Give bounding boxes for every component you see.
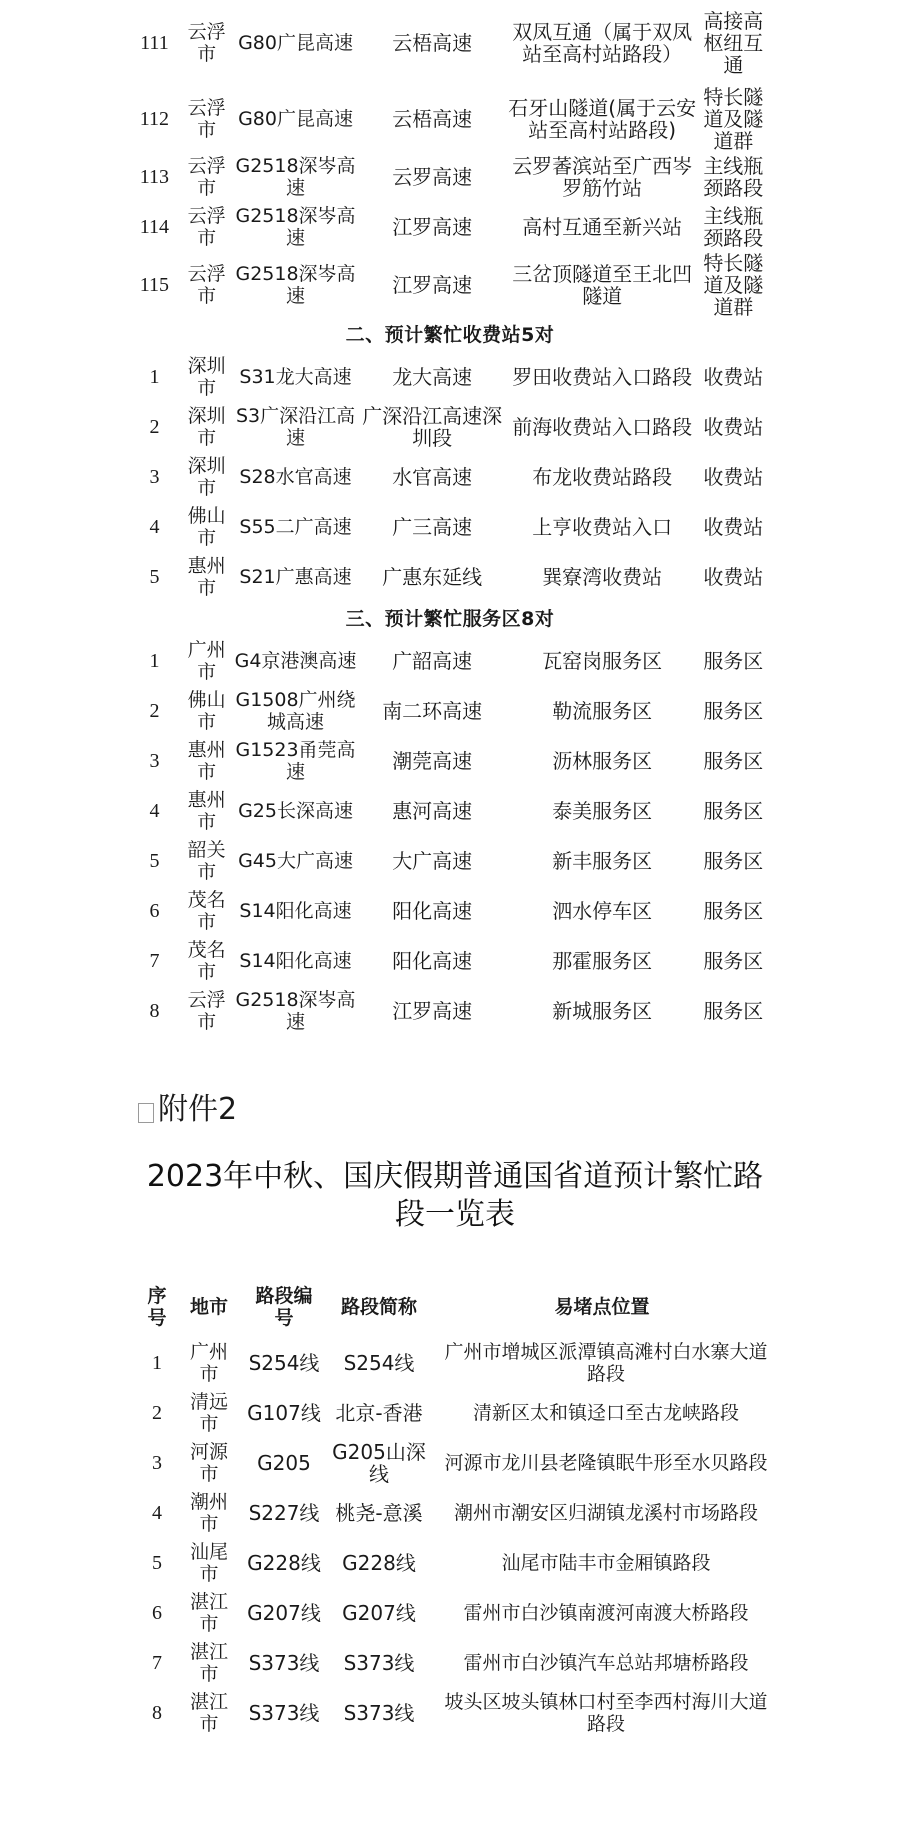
location-cell: 双凤互通（属于双凤站至高村站路段）	[508, 0, 697, 86]
road-name-cell: G205山深线	[324, 1438, 434, 1488]
city-cell: 惠州市	[179, 786, 235, 836]
table-row: 7 茂名市 S14阳化高速 阳化高速 那霍服务区 服务区	[130, 936, 770, 986]
road-name-cell: G207线	[324, 1588, 434, 1638]
road-name-cell: 潮莞高速	[357, 736, 508, 786]
location-cell: 高村互通至新兴站	[508, 202, 697, 252]
row-number: 5	[130, 552, 179, 602]
row-number: 8	[140, 1688, 174, 1738]
type-cell: 收费站	[697, 452, 770, 502]
location-cell: 前海收费站入口路段	[508, 402, 697, 452]
road-code-cell: G45大广高速	[234, 836, 356, 886]
row-number: 4	[140, 1488, 174, 1538]
road-code-cell: G25长深高速	[234, 786, 356, 836]
type-cell: 服务区	[697, 736, 770, 786]
road-name-cell: 广韶高速	[357, 636, 508, 686]
road-name-cell: 江罗高速	[357, 252, 508, 318]
road-name-cell: S373线	[324, 1688, 434, 1738]
location-cell: 坡头区坡头镇林口村至李西村海川大道路段	[434, 1688, 770, 1738]
road-name-cell: 云罗高速	[357, 152, 508, 202]
road-name-cell: 桃尧-意溪	[324, 1488, 434, 1538]
section-title: 三、预计繁忙服务区8对	[130, 602, 770, 636]
type-cell: 高接高枢纽互通	[697, 0, 770, 86]
table-header-row: 序号 地市 路段编号 路段简称 易堵点位置	[140, 1276, 770, 1338]
type-cell: 特长隧道及隧道群	[697, 252, 770, 318]
road-name-cell: 南二环高速	[357, 686, 508, 736]
location-cell: 潮州市潮安区归湖镇龙溪村市场路段	[434, 1488, 770, 1538]
road-name-cell: 云梧高速	[357, 0, 508, 86]
table-row: 8 云浮市 G2518深岑高速 江罗高速 新城服务区 服务区	[130, 986, 770, 1036]
city-cell: 佛山市	[179, 686, 235, 736]
table-row: 5 韶关市 G45大广高速 大广高速 新丰服务区 服务区	[130, 836, 770, 886]
table-row: 113 云浮市 G2518深岑高速 云罗高速 云罗萫滨站至广西岑罗筋竹站 主线瓶…	[130, 152, 770, 202]
city-cell: 深圳市	[179, 352, 235, 402]
road-name-cell: 阳化高速	[357, 936, 508, 986]
road-code-cell: S373线	[244, 1688, 324, 1738]
table-row: 5 汕尾市 G228线 G228线 汕尾市陆丰市金厢镇路段	[140, 1538, 770, 1588]
city-cell: 清远市	[174, 1388, 244, 1438]
row-number: 1	[130, 636, 179, 686]
road-name-cell: 江罗高速	[357, 986, 508, 1036]
road-name-cell: 江罗高速	[357, 202, 508, 252]
table-row: 4 惠州市 G25长深高速 惠河高速 泰美服务区 服务区	[130, 786, 770, 836]
road-code-cell: S55二广高速	[234, 502, 356, 552]
location-cell: 雷州市白沙镇汽车总站邦塘桥路段	[434, 1638, 770, 1688]
busy-sections-table: 111 云浮市 G80广昆高速 云梧高速 双凤互通（属于双凤站至高村站路段） 高…	[130, 0, 770, 1036]
road-name-cell: 大广高速	[357, 836, 508, 886]
road-code-cell: S28水官高速	[234, 452, 356, 502]
location-cell: 泗水停车区	[508, 886, 697, 936]
road-code-cell: G2518深岑高速	[234, 202, 356, 252]
road-code-cell: S14阳化高速	[234, 936, 356, 986]
city-cell: 湛江市	[174, 1638, 244, 1688]
road-name-cell: 广深沿江高速深圳段	[357, 402, 508, 452]
city-cell: 佛山市	[179, 502, 235, 552]
location-cell: 巽寮湾收费站	[508, 552, 697, 602]
location-cell: 清新区太和镇迳口至古龙峡路段	[434, 1388, 770, 1438]
row-number: 2	[140, 1388, 174, 1438]
road-name-cell: S373线	[324, 1638, 434, 1688]
location-cell: 新丰服务区	[508, 836, 697, 886]
row-number: 114	[130, 202, 179, 252]
table-row: 3 惠州市 G1523甬莞高速 潮莞高速 沥林服务区 服务区	[130, 736, 770, 786]
section-heading-toll-stations: 二、预计繁忙收费站5对	[130, 318, 770, 352]
row-number: 2	[130, 686, 179, 736]
road-code-cell: G4京港澳高速	[234, 636, 356, 686]
checkbox-glyph-icon	[138, 1103, 154, 1123]
row-number: 3	[130, 452, 179, 502]
row-number: 4	[130, 786, 179, 836]
road-code-cell: G207线	[244, 1588, 324, 1638]
road-code-cell: S3广深沿江高速	[234, 402, 356, 452]
row-number: 3	[140, 1438, 174, 1488]
city-cell: 广州市	[179, 636, 235, 686]
location-cell: 新城服务区	[508, 986, 697, 1036]
location-cell: 沥林服务区	[508, 736, 697, 786]
road-name-cell: 广惠东延线	[357, 552, 508, 602]
road-code-cell: G1508广州绕城高速	[234, 686, 356, 736]
type-cell: 收费站	[697, 402, 770, 452]
table-row: 2 深圳市 S3广深沿江高速 广深沿江高速深圳段 前海收费站入口路段 收费站	[130, 402, 770, 452]
header-road-code: 路段编号	[244, 1276, 324, 1338]
table-row: 2 清远市 G107线 北京-香港 清新区太和镇迳口至古龙峡路段	[140, 1388, 770, 1438]
road-name-cell: 惠河高速	[357, 786, 508, 836]
road-code-cell: G2518深岑高速	[234, 152, 356, 202]
city-cell: 广州市	[174, 1338, 244, 1388]
city-cell: 云浮市	[179, 986, 235, 1036]
row-number: 115	[130, 252, 179, 318]
city-cell: 云浮市	[179, 152, 235, 202]
location-cell: 布龙收费站路段	[508, 452, 697, 502]
city-cell: 韶关市	[179, 836, 235, 886]
row-number: 1	[130, 352, 179, 402]
road-code-cell: S14阳化高速	[234, 886, 356, 936]
location-cell: 河源市龙川县老隆镇眠牛形至水贝路段	[434, 1438, 770, 1488]
row-number: 3	[130, 736, 179, 786]
location-cell: 三岔顶隧道至王北凹隧道	[508, 252, 697, 318]
road-code-cell: S21广惠高速	[234, 552, 356, 602]
section-heading-service-areas: 三、预计繁忙服务区8对	[130, 602, 770, 636]
location-cell: 罗田收费站入口路段	[508, 352, 697, 402]
road-name-cell: 广三高速	[357, 502, 508, 552]
type-cell: 服务区	[697, 686, 770, 736]
road-code-cell: S254线	[244, 1338, 324, 1388]
location-cell: 上亨收费站入口	[508, 502, 697, 552]
table-row: 1 广州市 G4京港澳高速 广韶高速 瓦窑岗服务区 服务区	[130, 636, 770, 686]
road-code-cell: S31龙大高速	[234, 352, 356, 402]
road-code-cell: G2518深岑高速	[234, 252, 356, 318]
road-code-cell: G2518深岑高速	[234, 986, 356, 1036]
city-cell: 惠州市	[179, 552, 235, 602]
city-cell: 深圳市	[179, 402, 235, 452]
city-cell: 茂名市	[179, 886, 235, 936]
road-code-cell: S227线	[244, 1488, 324, 1538]
location-cell: 瓦窑岗服务区	[508, 636, 697, 686]
table-row: 4 佛山市 S55二广高速 广三高速 上亨收费站入口 收费站	[130, 502, 770, 552]
location-cell: 汕尾市陆丰市金厢镇路段	[434, 1538, 770, 1588]
row-number: 1	[140, 1338, 174, 1388]
type-cell: 特长隧道及隧道群	[697, 86, 770, 152]
location-cell: 勒流服务区	[508, 686, 697, 736]
road-code-cell: G205	[244, 1438, 324, 1488]
city-cell: 惠州市	[179, 736, 235, 786]
type-cell: 主线瓶颈路段	[697, 202, 770, 252]
type-cell: 服务区	[697, 936, 770, 986]
table-row: 3 深圳市 S28水官高速 水官高速 布龙收费站路段 收费站	[130, 452, 770, 502]
header-road-name: 路段简称	[324, 1276, 434, 1338]
type-cell: 服务区	[697, 786, 770, 836]
table-row: 114 云浮市 G2518深岑高速 江罗高速 高村互通至新兴站 主线瓶颈路段	[130, 202, 770, 252]
city-cell: 茂名市	[179, 936, 235, 986]
city-cell: 云浮市	[179, 86, 235, 152]
road-name-cell: 龙大高速	[357, 352, 508, 402]
road-code-cell: G1523甬莞高速	[234, 736, 356, 786]
type-cell: 服务区	[697, 986, 770, 1036]
city-cell: 湛江市	[174, 1688, 244, 1738]
table-row: 5 惠州市 S21广惠高速 广惠东延线 巽寮湾收费站 收费站	[130, 552, 770, 602]
table-row: 2 佛山市 G1508广州绕城高速 南二环高速 勒流服务区 服务区	[130, 686, 770, 736]
table-row: 115 云浮市 G2518深岑高速 江罗高速 三岔顶隧道至王北凹隧道 特长隧道及…	[130, 252, 770, 318]
road-name-cell: G228线	[324, 1538, 434, 1588]
row-number: 8	[130, 986, 179, 1036]
location-cell: 石牙山隧道(属于云安站至高村站路段)	[508, 86, 697, 152]
row-number: 7	[130, 936, 179, 986]
type-cell: 服务区	[697, 886, 770, 936]
road-code-cell: G80广昆高速	[234, 0, 356, 86]
row-number: 6	[130, 886, 179, 936]
location-cell: 雷州市白沙镇南渡河南渡大桥路段	[434, 1588, 770, 1638]
table-row: 6 茂名市 S14阳化高速 阳化高速 泗水停车区 服务区	[130, 886, 770, 936]
row-number: 112	[130, 86, 179, 152]
road-name-cell: 水官高速	[357, 452, 508, 502]
road-name-cell: 阳化高速	[357, 886, 508, 936]
road-code-cell: S373线	[244, 1638, 324, 1688]
row-number: 111	[130, 0, 179, 86]
table-row: 112 云浮市 G80广昆高速 云梧高速 石牙山隧道(属于云安站至高村站路段) …	[130, 86, 770, 152]
row-number: 5	[130, 836, 179, 886]
road-name-cell: S254线	[324, 1338, 434, 1388]
table-row: 1 广州市 S254线 S254线 广州市增城区派潭镇高滩村白水寨大道路段	[140, 1338, 770, 1388]
row-number: 5	[140, 1538, 174, 1588]
location-cell: 云罗萫滨站至广西岑罗筋竹站	[508, 152, 697, 202]
type-cell: 主线瓶颈路段	[697, 152, 770, 202]
city-cell: 湛江市	[174, 1588, 244, 1638]
road-code-cell: G228线	[244, 1538, 324, 1588]
table-row: 3 河源市 G205 G205山深线 河源市龙川县老隆镇眠牛形至水贝路段	[140, 1438, 770, 1488]
table-row: 6 湛江市 G207线 G207线 雷州市白沙镇南渡河南渡大桥路段	[140, 1588, 770, 1638]
city-cell: 河源市	[174, 1438, 244, 1488]
location-cell: 广州市增城区派潭镇高滩村白水寨大道路段	[434, 1338, 770, 1388]
row-number: 7	[140, 1638, 174, 1688]
type-cell: 收费站	[697, 552, 770, 602]
header-location: 易堵点位置	[434, 1276, 770, 1338]
road-name-cell: 云梧高速	[357, 86, 508, 152]
table-row: 1 深圳市 S31龙大高速 龙大高速 罗田收费站入口路段 收费站	[130, 352, 770, 402]
city-cell: 潮州市	[174, 1488, 244, 1538]
location-cell: 泰美服务区	[508, 786, 697, 836]
location-cell: 那霍服务区	[508, 936, 697, 986]
city-cell: 汕尾市	[174, 1538, 244, 1588]
document-title: 2023年中秋、国庆假期普通国省道预计繁忙路段一览表	[140, 1158, 770, 1234]
attachment-label-text: 附件2	[158, 1092, 237, 1128]
row-number: 2	[130, 402, 179, 452]
section-title: 二、预计繁忙收费站5对	[130, 318, 770, 352]
city-cell: 云浮市	[179, 0, 235, 86]
provincial-roads-table: 序号 地市 路段编号 路段简称 易堵点位置 1 广州市 S254线 S254线 …	[140, 1276, 770, 1738]
row-number: 4	[130, 502, 179, 552]
type-cell: 服务区	[697, 836, 770, 886]
road-name-cell: 北京-香港	[324, 1388, 434, 1438]
type-cell: 收费站	[697, 352, 770, 402]
table-row: 4 潮州市 S227线 桃尧-意溪 潮州市潮安区归湖镇龙溪村市场路段	[140, 1488, 770, 1538]
city-cell: 深圳市	[179, 452, 235, 502]
attachment-label: 附件2	[138, 1092, 237, 1128]
row-number: 6	[140, 1588, 174, 1638]
road-code-cell: G107线	[244, 1388, 324, 1438]
type-cell: 服务区	[697, 636, 770, 686]
city-cell: 云浮市	[179, 202, 235, 252]
table-row: 8 湛江市 S373线 S373线 坡头区坡头镇林口村至李西村海川大道路段	[140, 1688, 770, 1738]
table-row: 7 湛江市 S373线 S373线 雷州市白沙镇汽车总站邦塘桥路段	[140, 1638, 770, 1688]
table-row: 111 云浮市 G80广昆高速 云梧高速 双凤互通（属于双凤站至高村站路段） 高…	[130, 0, 770, 86]
row-number: 113	[130, 152, 179, 202]
header-seq: 序号	[140, 1276, 174, 1338]
type-cell: 收费站	[697, 502, 770, 552]
city-cell: 云浮市	[179, 252, 235, 318]
header-city: 地市	[174, 1276, 244, 1338]
road-code-cell: G80广昆高速	[234, 86, 356, 152]
